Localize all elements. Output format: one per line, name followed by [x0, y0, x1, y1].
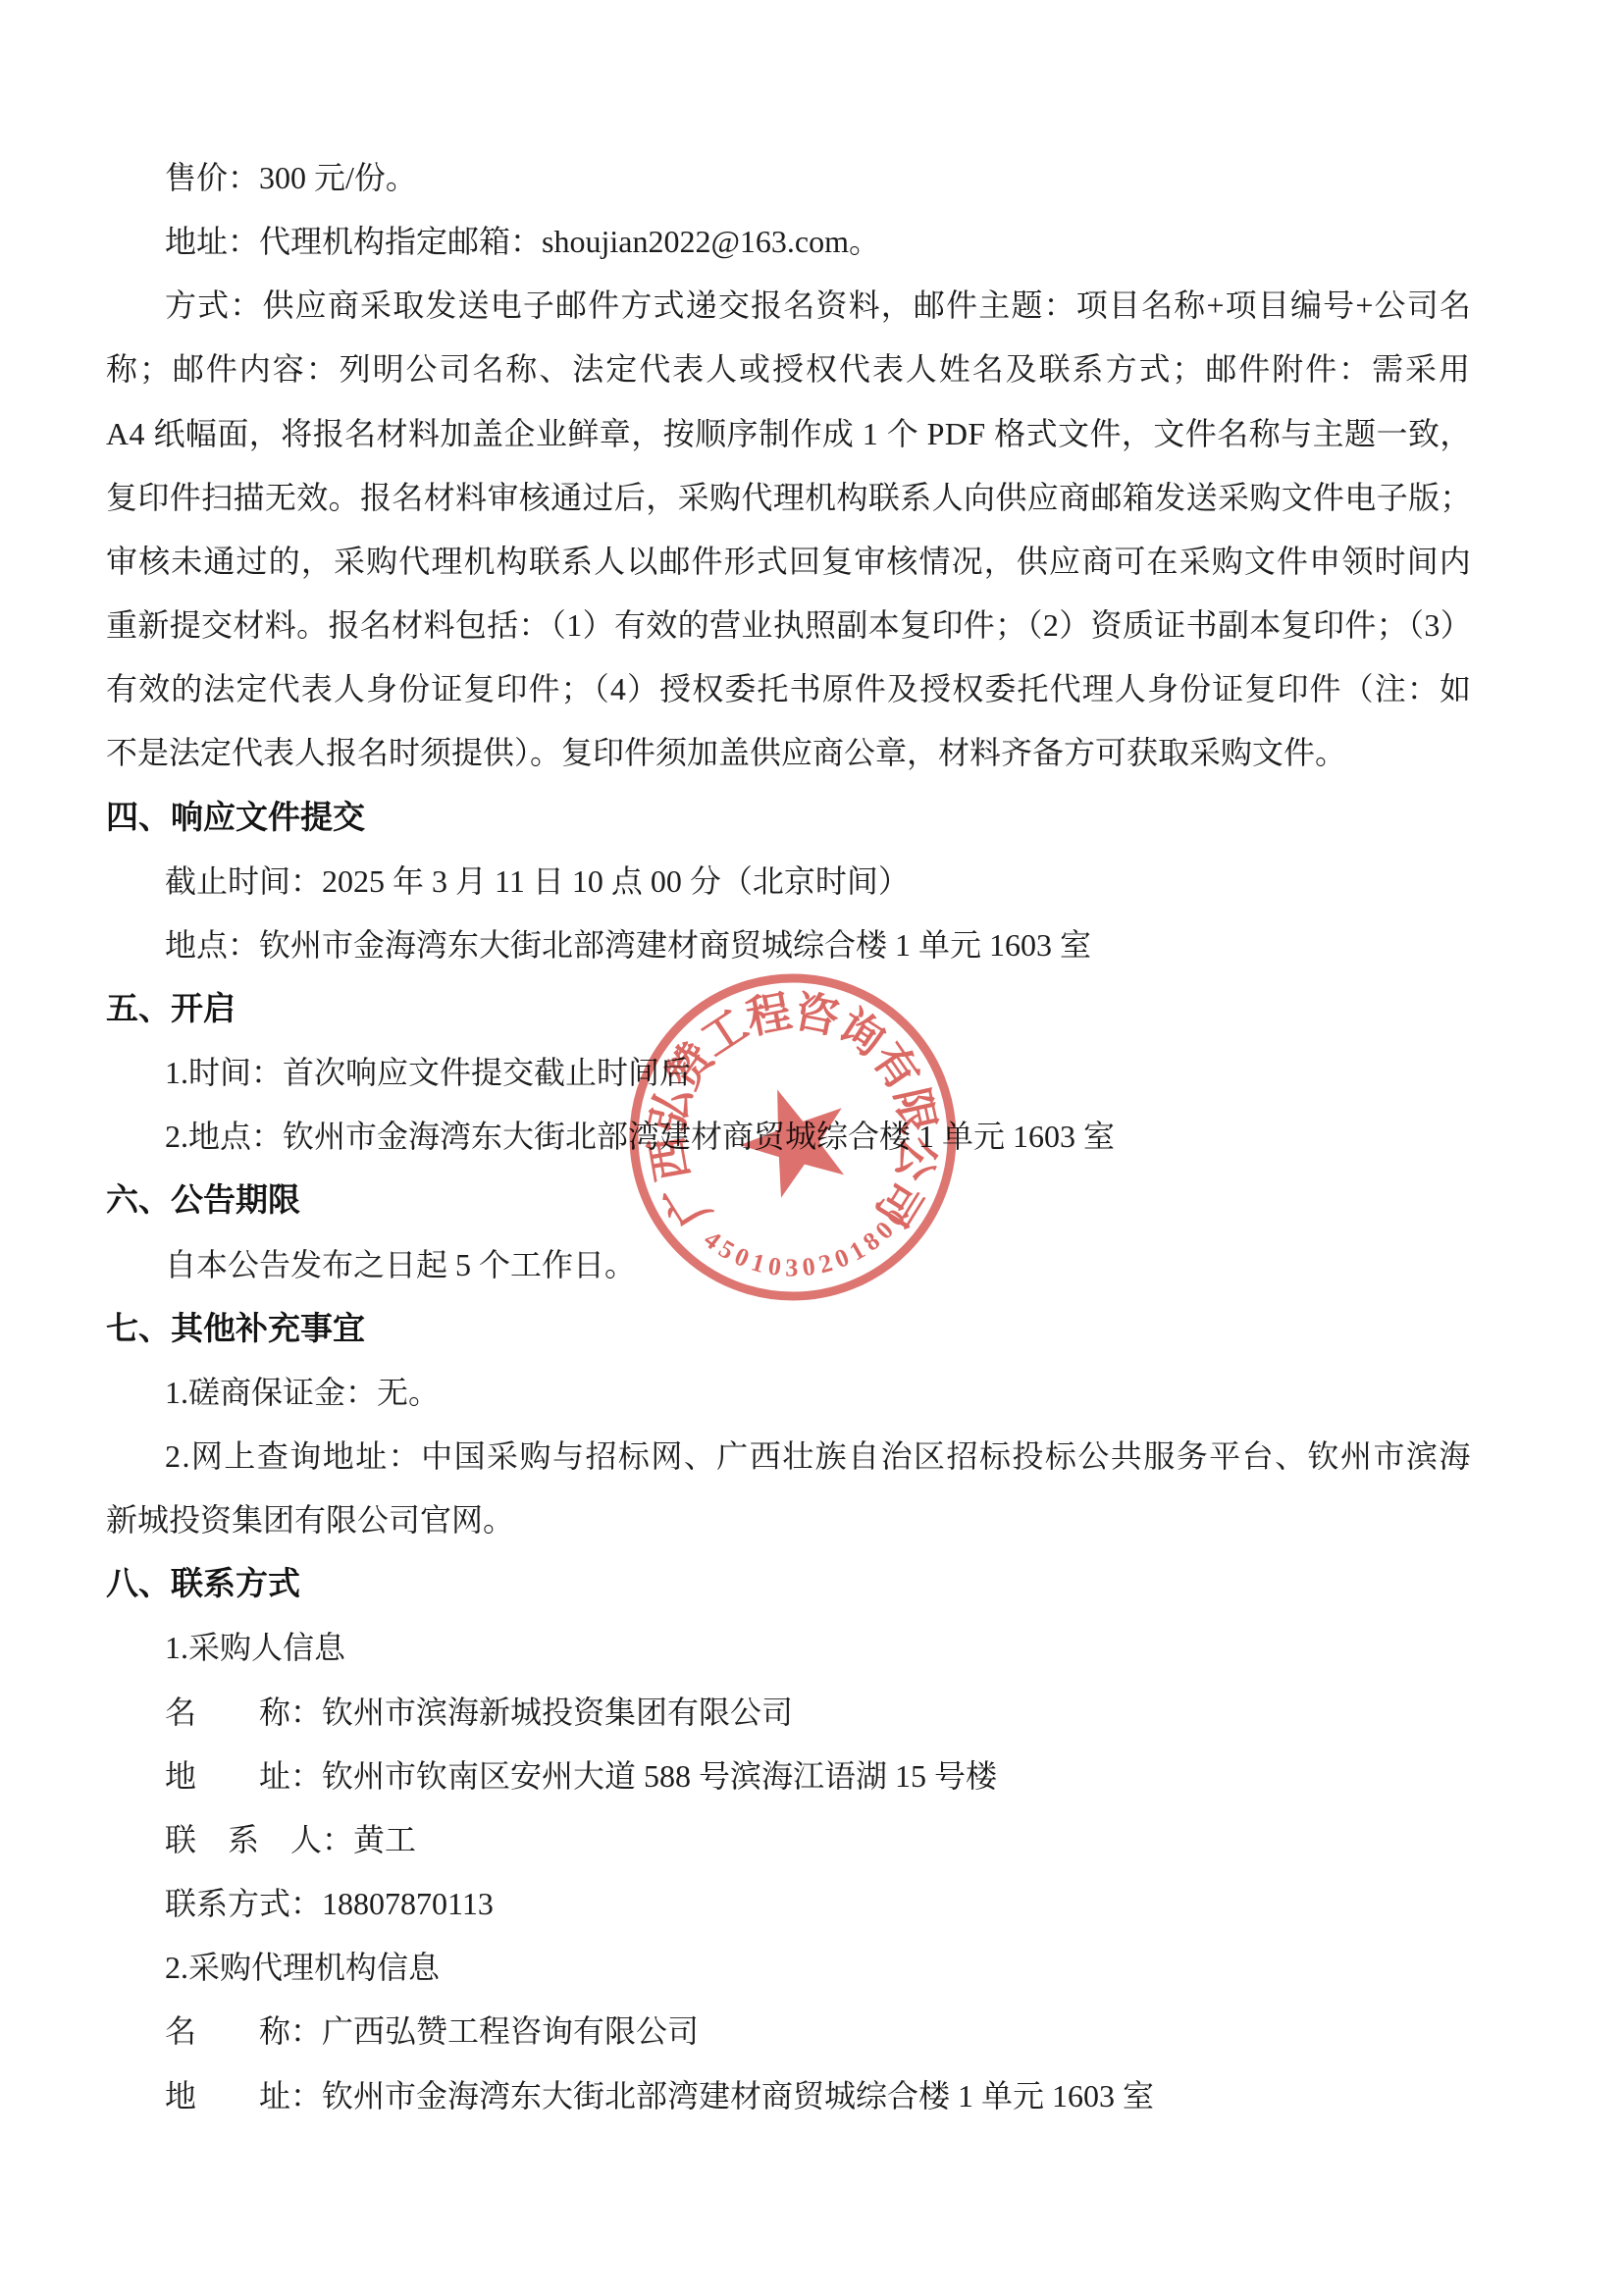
- document-line: 截止时间：2025 年 3 月 11 日 10 点 00 分（北京时间）: [165, 861, 910, 902]
- section-heading: 五、开启: [106, 988, 236, 1029]
- seal-code-digit: 1: [748, 1247, 767, 1278]
- section-heading: 六、公告期限: [106, 1179, 300, 1221]
- document-line: 名 称：钦州市滨海新城投资集团有限公司: [165, 1692, 793, 1733]
- document-line: 自本公告发布之日起 5 个工作日。: [165, 1244, 636, 1285]
- seal-code-digit: 0: [880, 1204, 911, 1231]
- document-line: 方式：供应商采取发送电子邮件方式递交报名资料，邮件主题：项目名称+项目编号+公司…: [165, 285, 1472, 326]
- document-line: 审核未通过的，采购代理机构联系人以邮件形式回复审核情况，供应商可在采购文件申领时…: [106, 541, 1472, 582]
- seal-company-char: 咨: [791, 987, 844, 1044]
- seal-code-digit: 0: [830, 1242, 853, 1274]
- seal-code-digit: 4: [699, 1225, 726, 1255]
- section-heading: 四、响应文件提交: [106, 797, 365, 838]
- section-heading: 八、联系方式: [106, 1563, 300, 1604]
- document-line: 地点：钦州市金海湾东大街北部湾建材商贸城综合楼 1 单元 1603 室: [165, 924, 1091, 965]
- document-line: 地 址：钦州市金海湾东大街北部湾建材商贸城综合楼 1 单元 1603 室: [165, 2075, 1154, 2116]
- document-line: 复印件扫描无效。报名材料审核通过后，采购代理机构联系人向供应商邮箱发送采购文件电…: [106, 477, 1472, 518]
- document-page: 售价：300 元/份。地址：代理机构指定邮箱：shoujian2022@163.…: [0, 0, 1624, 2296]
- document-line: 联 系 人：黄工: [165, 1819, 416, 1860]
- seal-company-char: 程: [743, 987, 796, 1044]
- document-line: 联系方式：18807870113: [165, 1883, 494, 1924]
- document-line: 1.采购人信息: [165, 1627, 345, 1668]
- document-line: 地址：代理机构指定邮箱：shoujian2022@163.com。: [165, 221, 880, 262]
- document-line: 售价：300 元/份。: [165, 157, 417, 198]
- document-line: 重新提交材料。报名材料包括：（1）有效的营业执照副本复印件；（2）资质证书副本复…: [106, 604, 1472, 646]
- document-line: 称；邮件内容：列明公司名称、法定代表人或授权代表人姓名及联系方式；邮件附件：需采…: [106, 348, 1472, 390]
- seal-company-char: 司: [866, 1172, 931, 1235]
- document-line: 2.地点：钦州市金海湾东大街北部湾建材商贸城综合楼 1 单元 1603 室: [165, 1116, 1115, 1157]
- seal-company-char: 询: [829, 1001, 893, 1067]
- document-line: 名 称：广西弘赞工程咨询有限公司: [165, 2010, 699, 2052]
- seal-company-char: 广: [655, 1172, 719, 1235]
- seal-code-digit: 0: [869, 1216, 899, 1245]
- document-line: 新城投资集团有限公司官网。: [106, 1499, 514, 1540]
- seal-code-digit: 0: [801, 1252, 816, 1281]
- seal-code-digit: 5: [714, 1234, 740, 1266]
- seal-code-digit: 1: [845, 1235, 870, 1267]
- document-line: 地 址：钦州市钦南区安州大道 588 号滨海江语湖 15 号楼: [165, 1755, 997, 1797]
- seal-code-digit: 0: [766, 1251, 783, 1281]
- seal-company-char: 有: [863, 1034, 928, 1098]
- document-line: A4 纸幅面，将报名材料加盖企业鲜章，按顺序制作成 1 个 PDF 格式文件，文…: [106, 413, 1472, 454]
- seal-code-digit: 0: [730, 1242, 753, 1274]
- seal-code-digit: 8: [858, 1226, 885, 1257]
- seal-code-digit: 2: [815, 1248, 835, 1278]
- document-line: 2.网上查询地址：中国采购与招标网、广西壮族自治区招标投标公共服务平台、钦州市滨…: [165, 1435, 1472, 1477]
- seal-company-char: 工: [693, 1001, 757, 1067]
- document-line: 有效的法定代表人身份证复印件；（4）授权委托书原件及授权委托代理人身份证复印件（…: [106, 668, 1472, 709]
- document-line: 不是法定代表人报名时须提供）。复印件须加盖供应商公章，材料齐备方可获取采购文件。: [106, 732, 1346, 773]
- section-heading: 七、其他补充事宜: [106, 1308, 365, 1349]
- document-line: 2.采购代理机构信息: [165, 1947, 440, 1988]
- document-line: 1.磋商保证金：无。: [165, 1372, 440, 1413]
- document-line: 1.时间：首次响应文件提交截止时间后: [165, 1052, 691, 1093]
- seal-code-digit: 3: [785, 1253, 798, 1281]
